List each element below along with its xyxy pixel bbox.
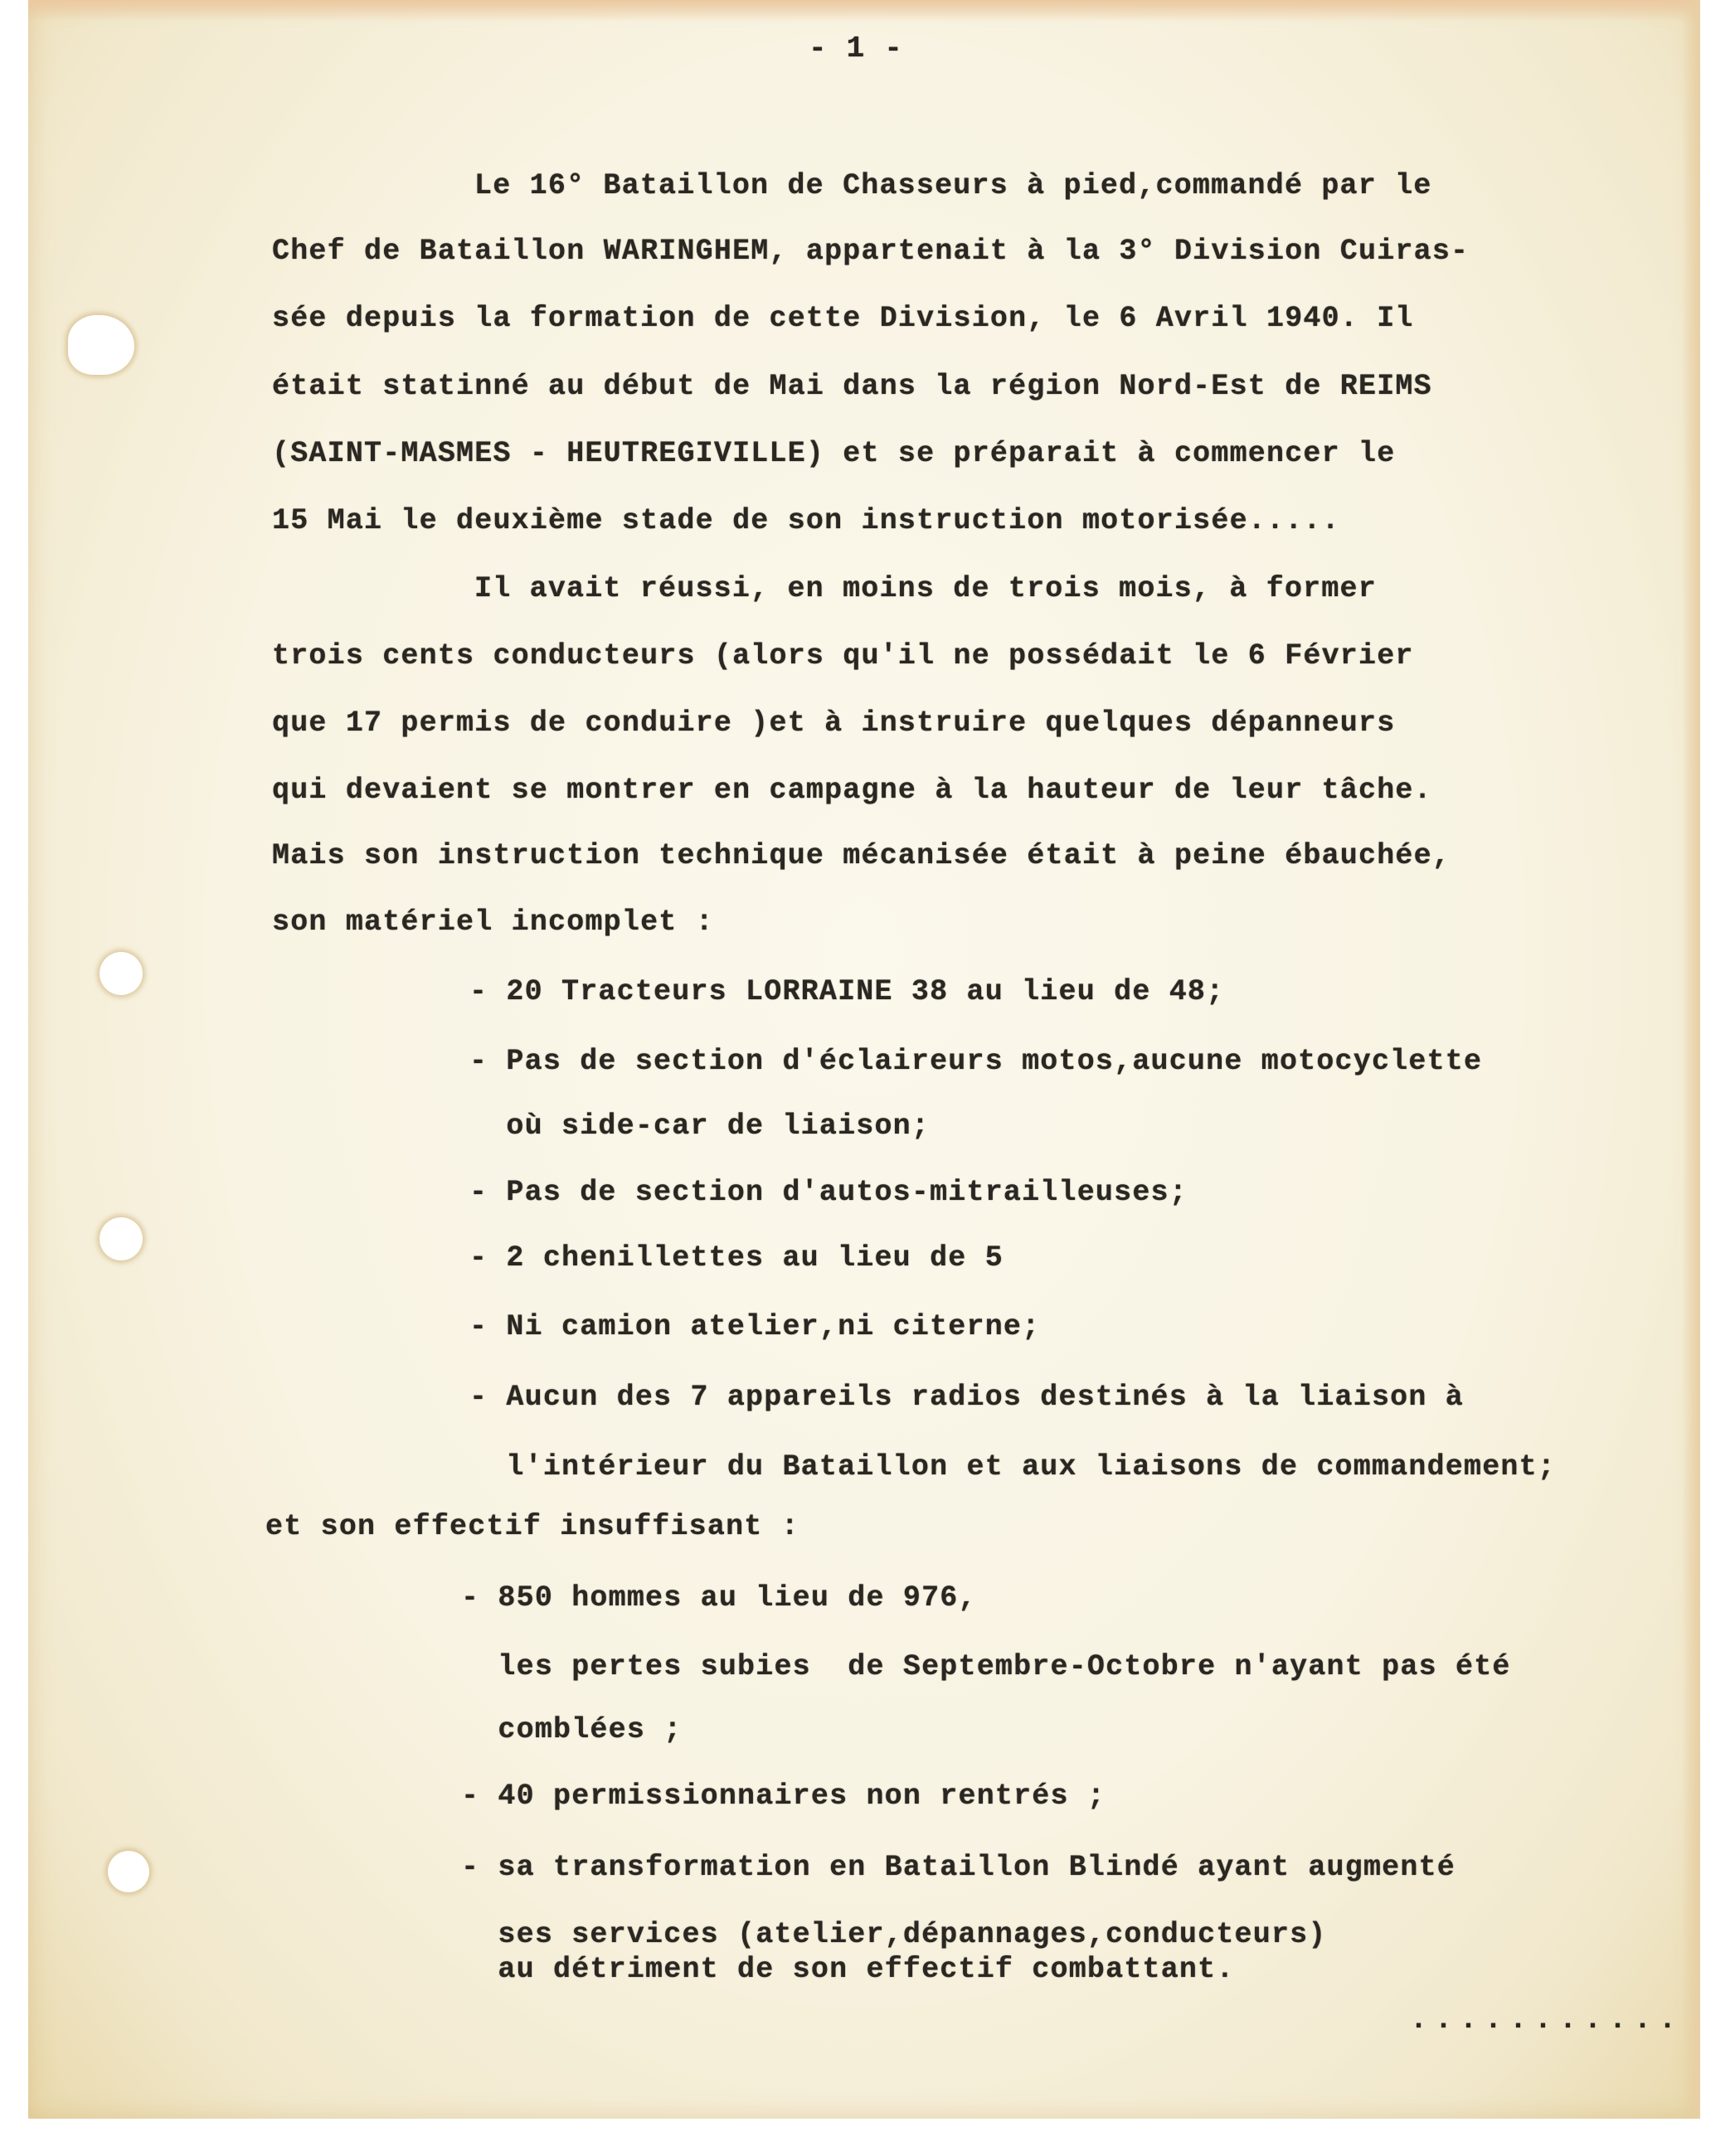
- text-line: qui devaient se montrer en campagne à la…: [272, 774, 1432, 807]
- list-item: - sa transformation en Bataillon Blindé …: [461, 1851, 1456, 1884]
- list-item: les pertes subies de Septembre-Octobre n…: [461, 1650, 1511, 1683]
- list-item: où side-car de liaison;: [469, 1110, 930, 1143]
- effectif-intro: et son effectif insuffisant :: [265, 1510, 799, 1543]
- list-item: - 2 chenillettes au lieu de 5: [469, 1241, 1004, 1275]
- text-line: Il avait réussi, en moins de trois mois,…: [474, 572, 1377, 605]
- page-number: - 1 -: [809, 32, 903, 66]
- list-item: comblées ;: [461, 1713, 682, 1746]
- list-item: - Pas de section d'autos-mitrailleuses;: [469, 1176, 1188, 1209]
- list-item: - Pas de section d'éclaireurs motos,aucu…: [469, 1045, 1482, 1078]
- text-line: 15 Mai le deuxième stade de son instruct…: [272, 504, 1340, 537]
- text-line: (SAINT-MASMES - HEUTREGIVILLE) et se pré…: [272, 437, 1395, 470]
- list-item: - 20 Tracteurs LORRAINE 38 au lieu de 48…: [469, 975, 1224, 1008]
- list-item: - 40 permissionnaires non rentrés ;: [461, 1780, 1106, 1813]
- text-line: était statinné au début de Mai dans la r…: [272, 370, 1432, 403]
- punch-hole: [100, 1217, 143, 1260]
- continuation-marker: ...........: [1410, 2003, 1684, 2037]
- punch-hole: [108, 1851, 149, 1892]
- list-item: - Ni camion atelier,ni citerne;: [469, 1310, 1040, 1343]
- punch-hole: [100, 952, 143, 995]
- list-item: ses services (atelier,dépannages,conduct…: [461, 1918, 1327, 1951]
- punch-hole: [68, 315, 134, 375]
- list-item: - Aucun des 7 appareils radios destinés …: [469, 1381, 1464, 1414]
- list-item: l'intérieur du Bataillon et aux liaisons…: [469, 1450, 1556, 1483]
- text-line: Chef de Bataillon WARINGHEM, appartenait…: [272, 235, 1469, 268]
- text-line: Le 16° Bataillon de Chasseurs à pied,com…: [474, 169, 1432, 202]
- list-item: - 850 hommes au lieu de 976,: [461, 1581, 977, 1615]
- text-line: sée depuis la formation de cette Divisio…: [272, 302, 1414, 335]
- text-line: trois cents conducteurs (alors qu'il ne …: [272, 639, 1414, 673]
- text-line: que 17 permis de conduire )et à instruir…: [272, 707, 1395, 740]
- text-line: Mais son instruction technique mécanisée…: [272, 839, 1451, 872]
- text-line: son matériel incomplet :: [272, 906, 714, 939]
- list-item: au détriment de son effectif combattant.: [461, 1953, 1235, 1986]
